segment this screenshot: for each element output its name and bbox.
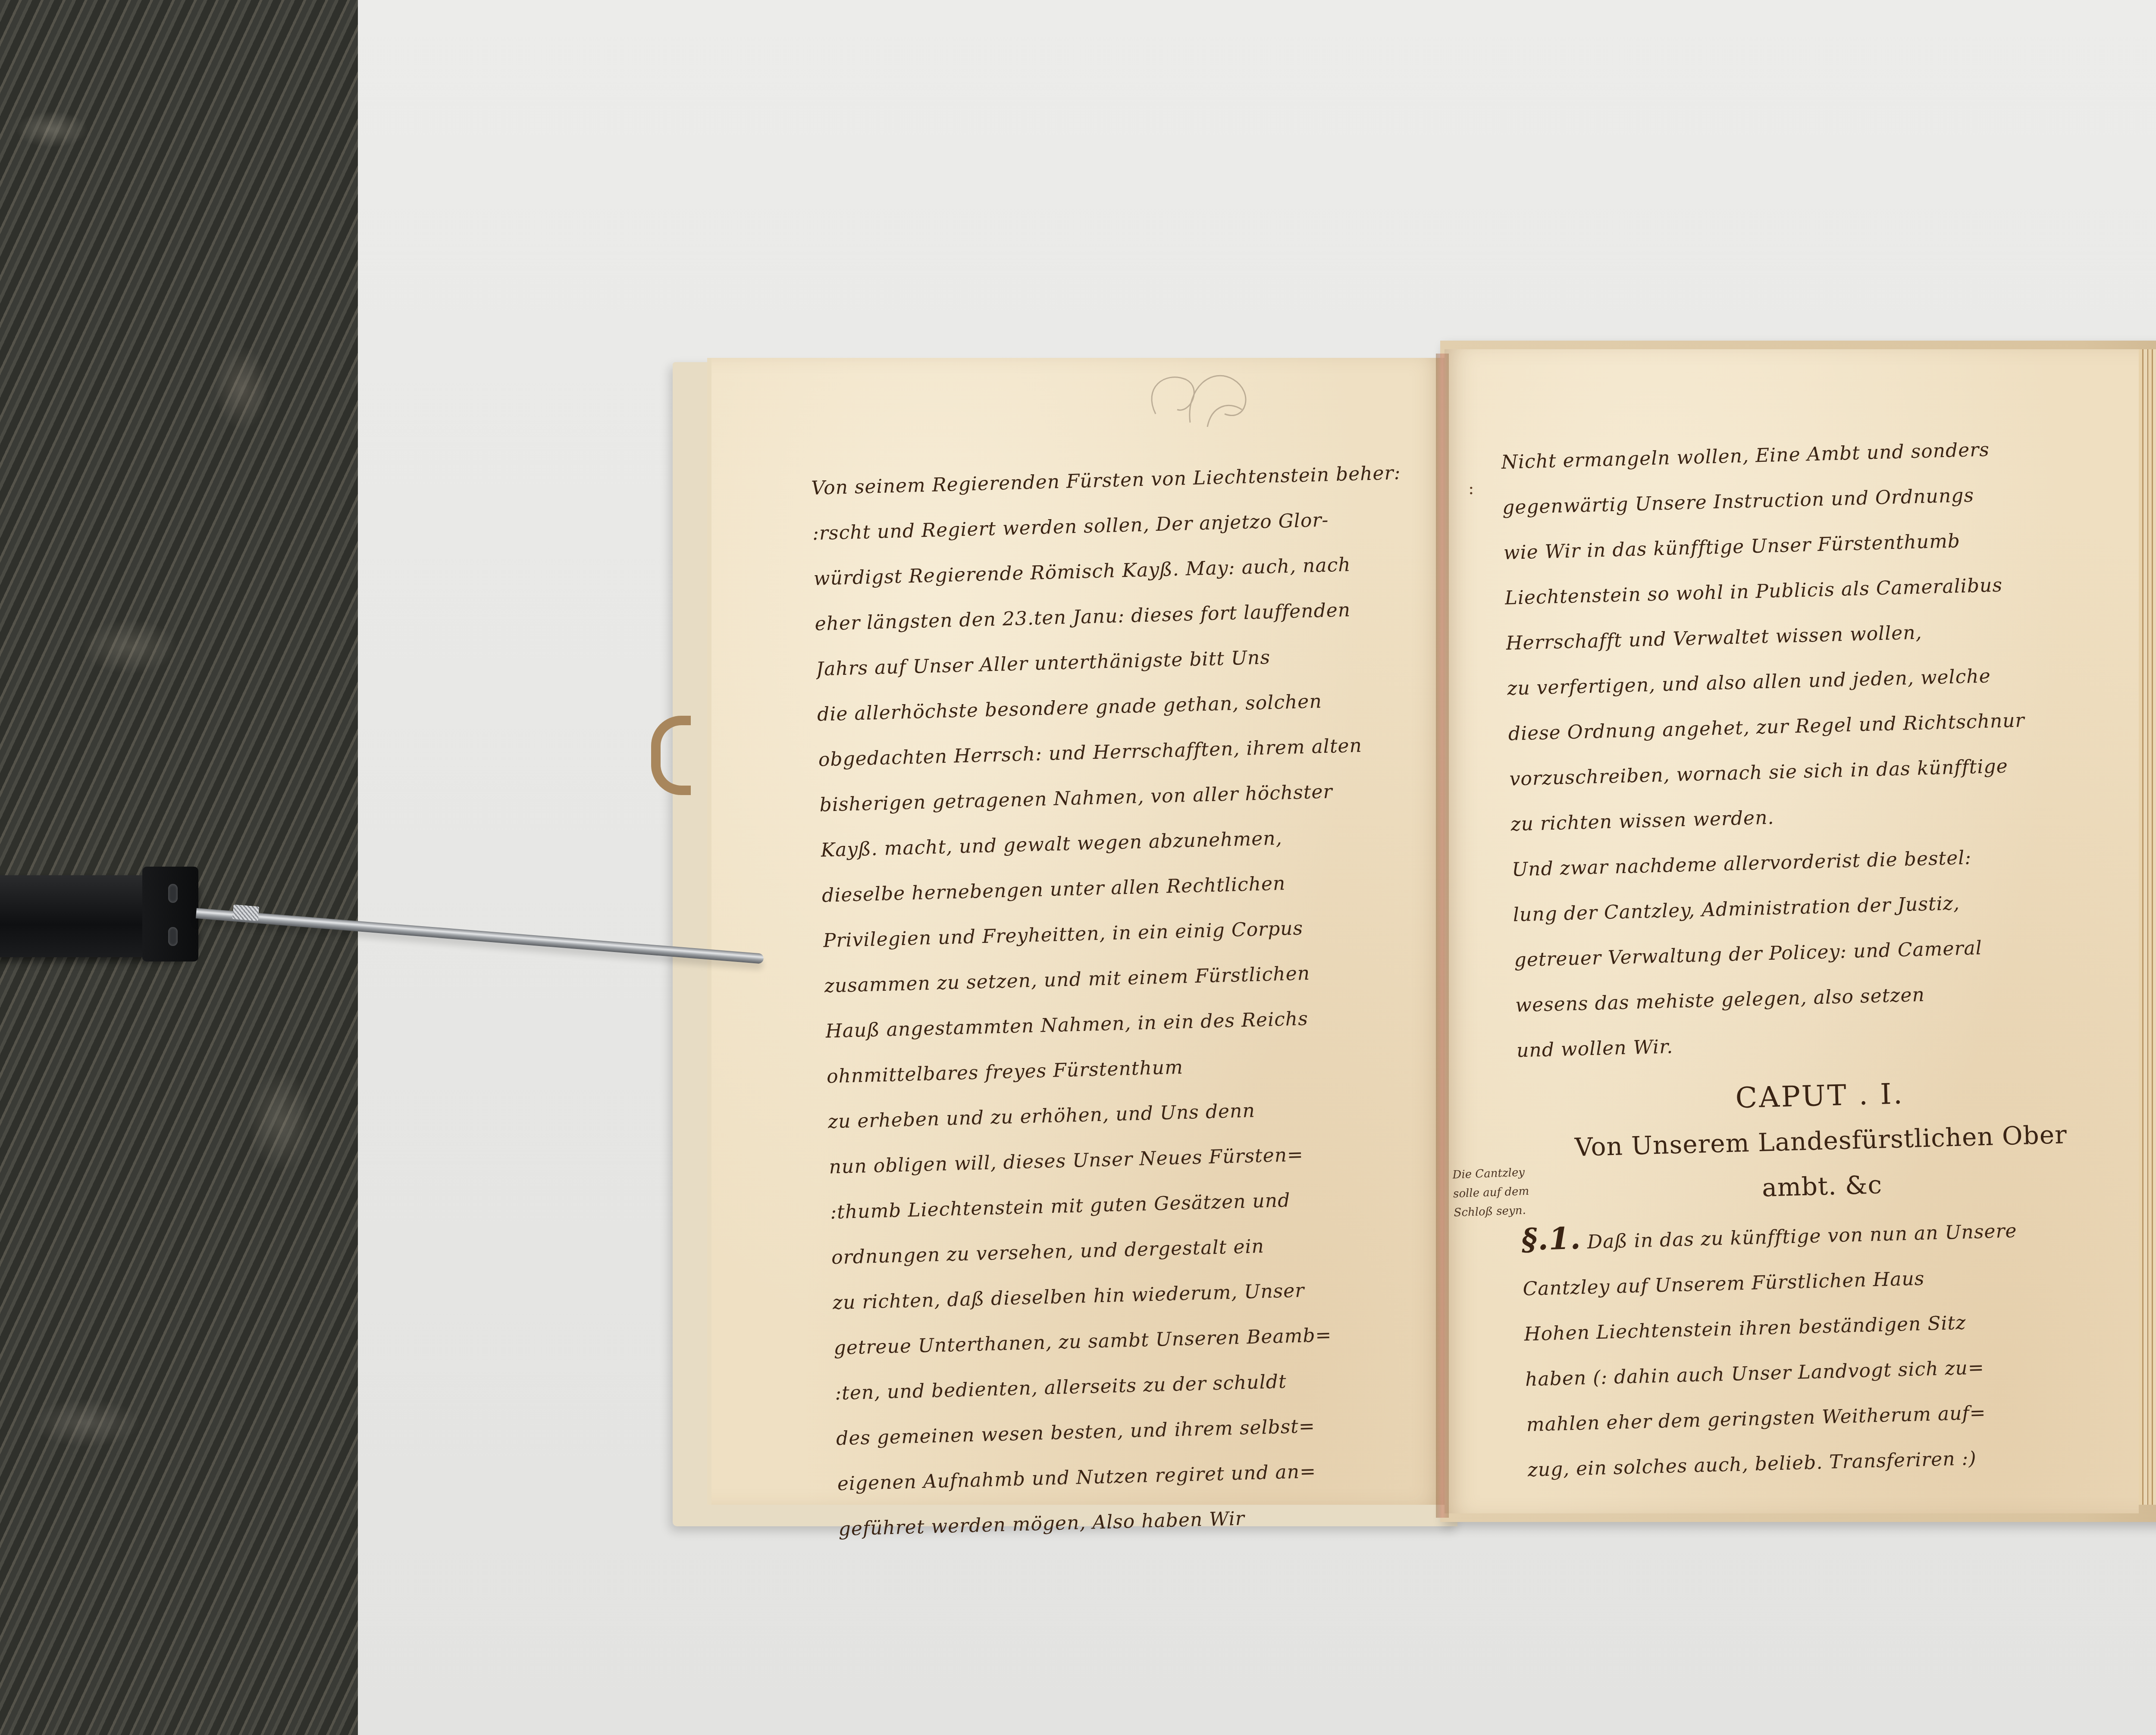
binding-cord: [651, 716, 691, 795]
margin-note-line: Die Cantzley: [1452, 1163, 1530, 1184]
stray-mark: :: [1468, 479, 1474, 498]
margin-note-line: solle auf dem: [1453, 1182, 1531, 1203]
book-gutter: [1436, 354, 1449, 1518]
margin-note: Die Cantzley solle auf dem Schloß seyn.: [1452, 1163, 1532, 1222]
pencil-flourish-icon: [1138, 362, 1268, 435]
paragraph-mark: §.1.: [1521, 1220, 1581, 1258]
left-page-text: Von seinem Regierenden Fürsten von Liech…: [811, 450, 1438, 1552]
screw-icon: [168, 884, 178, 903]
pointer-knurl: [232, 905, 260, 921]
pointer-clamp: [142, 867, 198, 961]
page-edges: [2139, 349, 2156, 1505]
right-page-text: Nicht ermangeln wollen, Eine Ambt und so…: [1501, 424, 2131, 1493]
screw-icon: [168, 927, 178, 946]
margin-note-line: Schloß seyn.: [1454, 1201, 1532, 1222]
open-manuscript: Von seinem Regierenden Fürsten von Liech…: [673, 336, 2156, 1552]
text-line: Daß in das zu künfftige von nun an Unser…: [1587, 1220, 2017, 1253]
